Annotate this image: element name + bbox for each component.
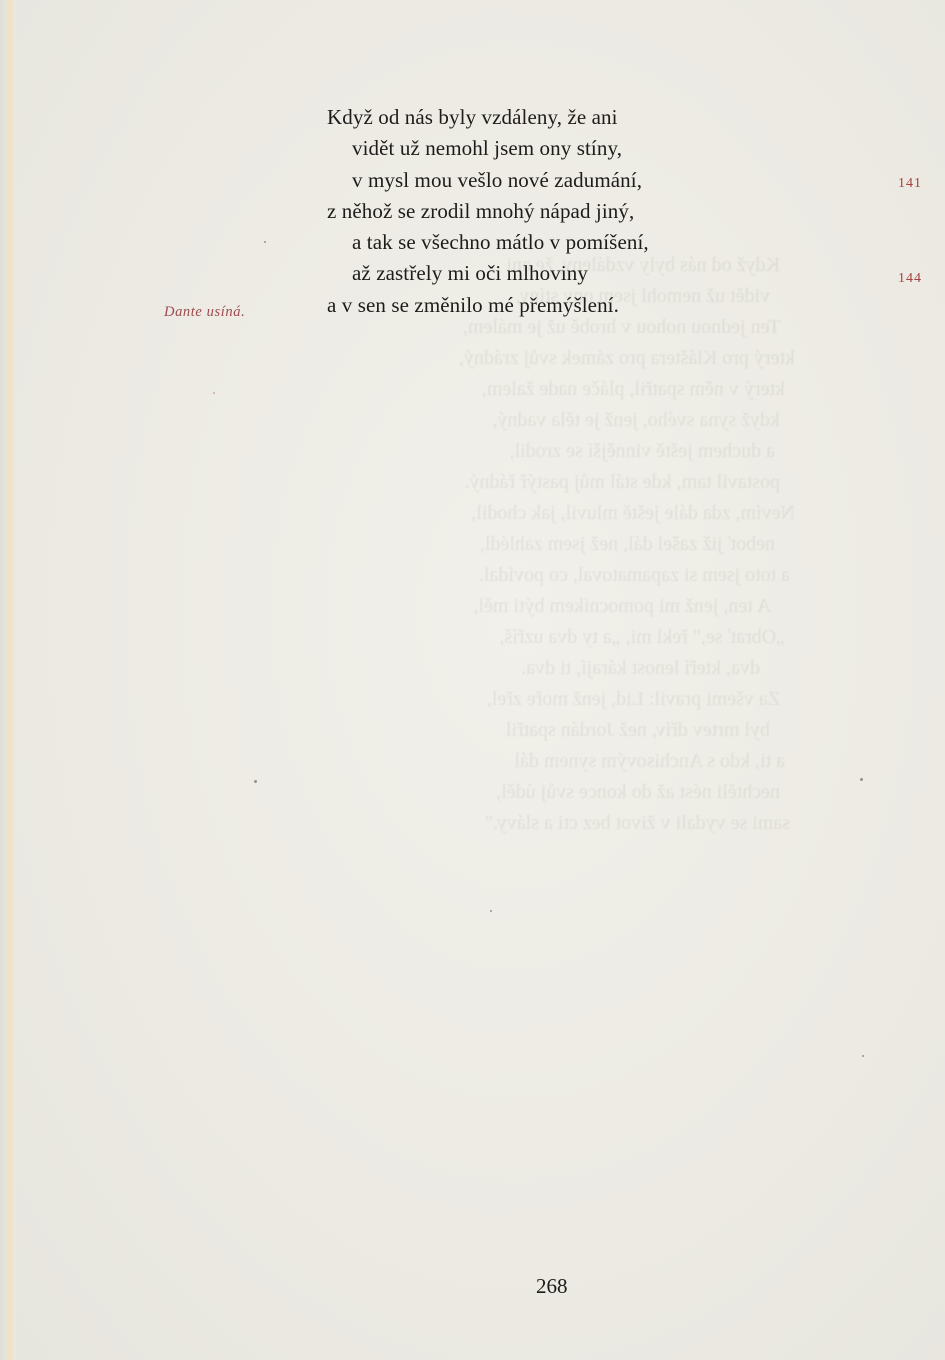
verse-line: a tak se všechno mátlo v pomíšení, [327, 227, 649, 258]
line-number: 141 [898, 176, 922, 192]
page-number: 268 [536, 1274, 568, 1299]
verse-line: Když od nás byly vzdáleny, že ani [327, 102, 649, 133]
verse-line: vidět už nemohl jsem ony stíny, [327, 133, 649, 164]
verse-line: až zastřely mi oči mlhoviny [327, 258, 649, 289]
verse-stanza: Když od nás byly vzdáleny, že ani vidět … [327, 102, 649, 321]
verse-line: a v sen se změnilo mé přemýšlení. [327, 290, 649, 321]
book-page: Když od nás byly vzdáleny, že ani vidět … [0, 0, 945, 1360]
paper-speck [862, 1055, 864, 1057]
paper-speck [264, 241, 266, 243]
line-number: 144 [898, 271, 922, 287]
book-gutter [0, 0, 16, 1360]
paper-speck [213, 392, 215, 394]
paper-speck [254, 780, 257, 783]
paper-speck [490, 910, 492, 912]
verse-line: v mysl mou vešlo nové zadumání, [327, 165, 649, 196]
verse-line: z něhož se zrodil mnohý nápad jiný, [327, 196, 649, 227]
margin-note: Dante usíná. [164, 304, 245, 321]
paper-speck [860, 778, 863, 781]
